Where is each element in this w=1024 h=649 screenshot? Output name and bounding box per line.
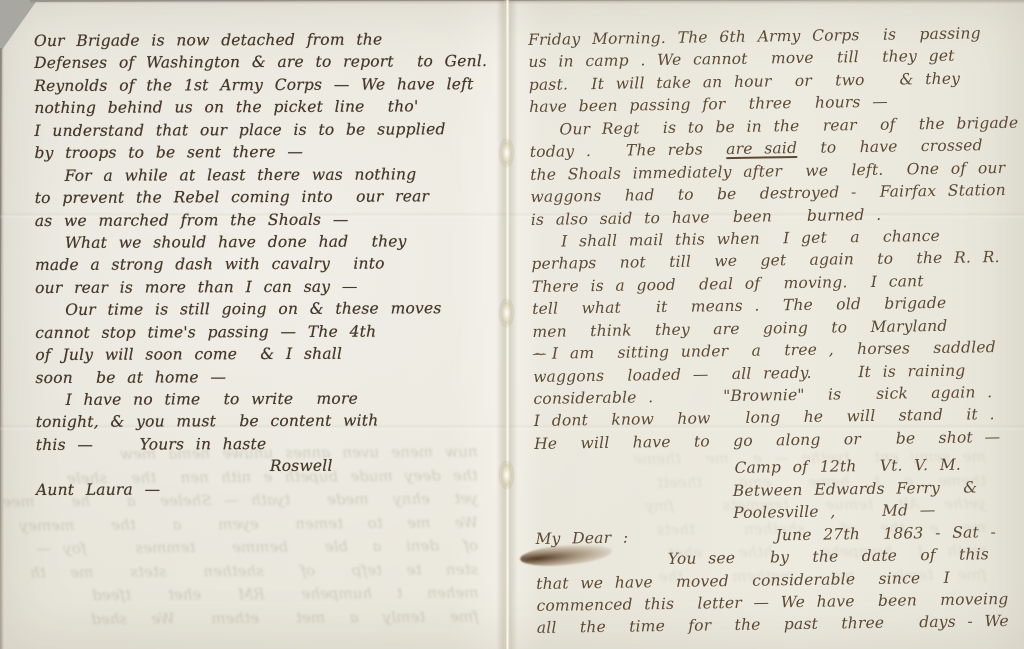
ghost-line: We me to temen eyem a the memey	[38, 511, 478, 538]
paper-left-edge-shadow	[0, 48, 4, 649]
letter-line: Aunt Laura —	[36, 479, 498, 503]
letter-line: I understand that our place is to be sup…	[34, 120, 496, 144]
scanned-letter-canvas: { "document": { "kind": "Handwritten let…	[0, 0, 1024, 649]
letter-line: to prevent the Rebel coming into our rea…	[35, 187, 497, 211]
letter-line: by troops to be sent there —	[34, 142, 496, 166]
letter-line: For a while at least there was nothing	[35, 165, 497, 189]
ghost-line: mehen t humpehe RM ehet tfeed	[38, 581, 478, 608]
ghost-line: fme temly a met ethem We shed	[38, 605, 478, 632]
letter-line: tonight, & you must be content with	[36, 411, 498, 435]
letter-line: our rear is more than I can say —	[35, 277, 497, 301]
letter-line: this — Yours in haste	[36, 434, 498, 458]
crossed-out-mark: ~	[533, 345, 546, 363]
fold-eyelet-mark	[500, 462, 513, 488]
letter-line: Our time is still going on & these moves	[35, 299, 497, 323]
letter-line: Defenses of Washington & are to report t…	[34, 52, 496, 76]
letter-line: What we should have done had they	[35, 232, 497, 256]
letter-line: nothing behind us on the picket line tho…	[34, 97, 496, 121]
letter-line: I have no time to write more	[36, 389, 498, 413]
fold-eyelet-mark	[500, 300, 513, 326]
fold-eyelet-mark	[500, 140, 513, 166]
letter-line: made a strong dash with cavalry into	[35, 254, 497, 278]
letter-line: cannot stop time's passing — The 4th	[35, 322, 497, 346]
underlined-phrase: are said	[726, 139, 797, 158]
letter-line: Roswell	[36, 456, 498, 480]
letter-line: as we marched from the Shoals —	[35, 209, 497, 233]
ghost-line: of deni a ble bemme temmes foy —	[38, 534, 478, 561]
left-page-text: Our Brigade is now detached from theDefe…	[34, 30, 498, 503]
letter-line: Reynolds of the 1st Army Corps — We have…	[34, 75, 496, 99]
letter-line: Our Brigade is now detached from the	[34, 30, 496, 54]
ghost-line: sten te tefp of shethen stets me th	[38, 558, 478, 585]
letter-line: of July will soon come & I shall	[35, 344, 497, 368]
paper-top-edge-shadow	[30, 0, 1024, 4]
letter-line: soon be at home —	[35, 367, 497, 391]
dateline: June 27th 1863 - Sat -	[775, 523, 996, 544]
